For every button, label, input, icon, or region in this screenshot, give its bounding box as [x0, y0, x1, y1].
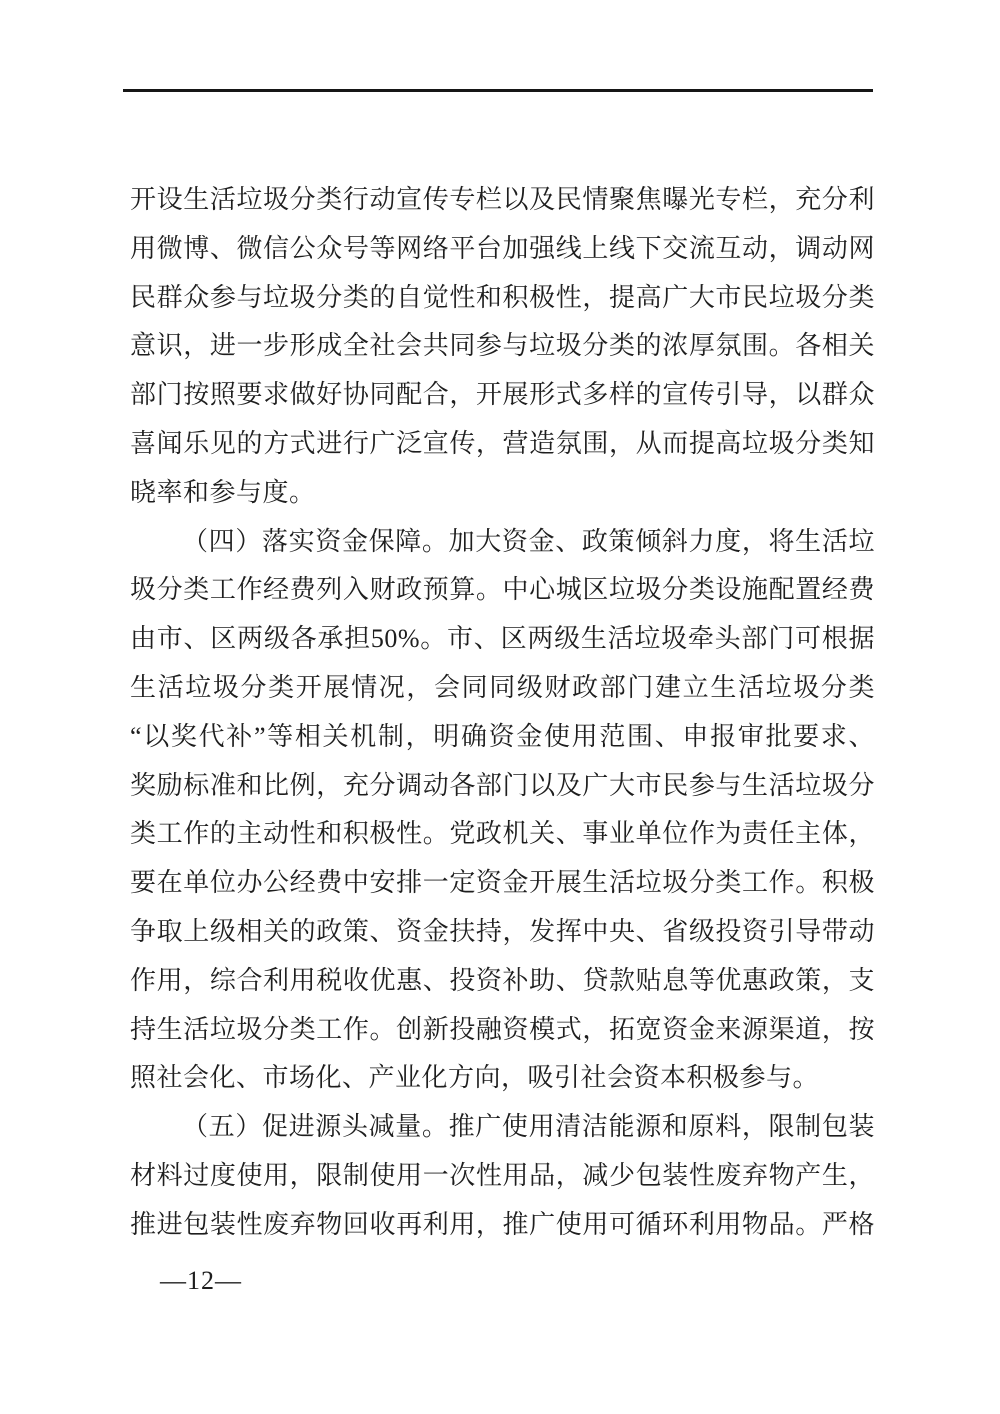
text-line: 材料过度使用，限制使用一次性用品，减少包装性废弃物产生，	[130, 1152, 875, 1201]
text-line: 意识，进一步形成全社会共同参与垃圾分类的浓厚氛围。各相关	[130, 322, 875, 371]
text-line: 由市、区两级各承担50%。市、区两级生活垃圾牵头部门可根据	[130, 615, 875, 664]
text-line: 晓率和参与度。	[130, 469, 875, 518]
text-line: 生活垃圾分类开展情况，会同同级财政部门建立生活垃圾分类	[130, 664, 875, 713]
page-number: —12—	[160, 1263, 242, 1299]
document-page: 开设生活垃圾分类行动宣传专栏以及民情聚焦曝光专栏，充分利 用微博、微信公众号等网…	[0, 0, 1000, 1414]
text-line: 推进包装性废弃物回收再利用，推广使用可循环利用物品。严格	[130, 1201, 875, 1250]
text-line: 类工作的主动性和积极性。党政机关、事业单位作为责任主体，	[130, 810, 875, 859]
text-line: 民群众参与垃圾分类的自觉性和积极性，提高广大市民垃圾分类	[130, 274, 875, 323]
document-body: 开设生活垃圾分类行动宣传专栏以及民情聚焦曝光专栏，充分利 用微博、微信公众号等网…	[130, 176, 875, 1250]
text-line-section-5-heading: （五）促进源头减量。推广使用清洁能源和原料，限制包装	[130, 1103, 875, 1152]
text-line: 要在单位办公经费中安排一定资金开展生活垃圾分类工作。积极	[130, 859, 875, 908]
text-line: “以奖代补”等相关机制，明确资金使用范围、申报审批要求、	[130, 713, 875, 762]
text-line: 喜闻乐见的方式进行广泛宣传，营造氛围，从而提高垃圾分类知	[130, 420, 875, 469]
text-line: 照社会化、市场化、产业化方向，吸引社会资本积极参与。	[130, 1054, 875, 1103]
text-line: 开设生活垃圾分类行动宣传专栏以及民情聚焦曝光专栏，充分利	[130, 176, 875, 225]
text-line: 作用，综合利用税收优惠、投资补助、贷款贴息等优惠政策，支	[130, 957, 875, 1006]
header-separator-rule	[123, 89, 873, 92]
text-line: 部门按照要求做好协同配合，开展形式多样的宣传引导，以群众	[130, 371, 875, 420]
text-line-section-4-heading: （四）落实资金保障。加大资金、政策倾斜力度，将生活垃	[130, 518, 875, 567]
text-line: 持生活垃圾分类工作。创新投融资模式，拓宽资金来源渠道，按	[130, 1006, 875, 1055]
text-line: 用微博、微信公众号等网络平台加强线上线下交流互动，调动网	[130, 225, 875, 274]
text-line: 圾分类工作经费列入财政预算。中心城区垃圾分类设施配置经费	[130, 566, 875, 615]
text-line: 奖励标准和比例，充分调动各部门以及广大市民参与生活垃圾分	[130, 762, 875, 811]
text-line: 争取上级相关的政策、资金扶持，发挥中央、省级投资引导带动	[130, 908, 875, 957]
